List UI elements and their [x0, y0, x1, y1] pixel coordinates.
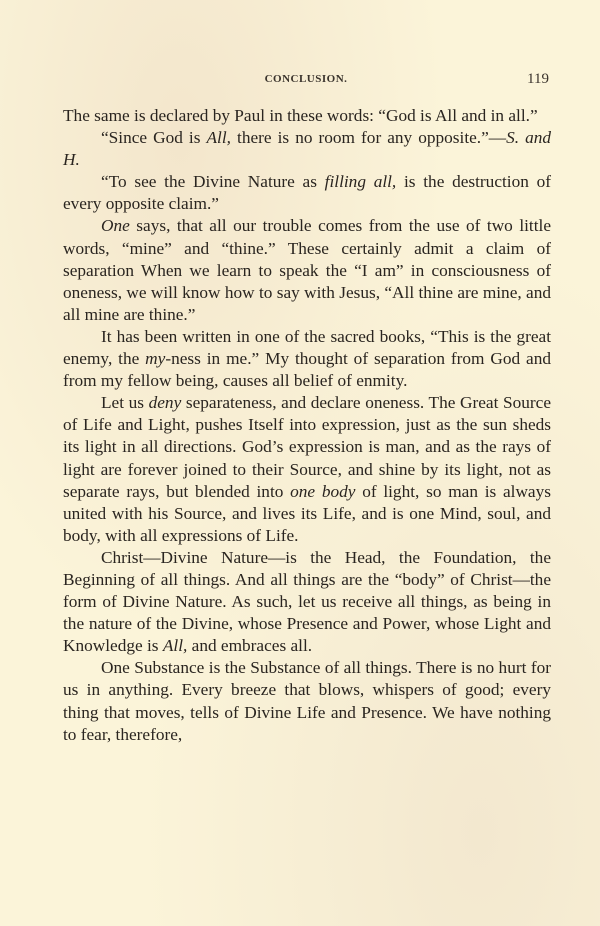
- italic-text: deny: [149, 393, 182, 412]
- running-head: CONCLUSION.: [63, 73, 549, 85]
- text-segment: One Substance is the Substance of all th…: [63, 658, 551, 743]
- text-segment: “Since God is: [101, 128, 207, 147]
- paragraph-8: One Substance is the Substance of all th…: [63, 657, 551, 745]
- text-segment: and embraces all.: [187, 636, 312, 655]
- italic-text: All,: [207, 128, 231, 147]
- italic-text: All,: [163, 636, 187, 655]
- text-segment: says, that all our trouble comes from th…: [63, 216, 551, 323]
- paragraph-3: “To see the Divine Nature as filling all…: [63, 171, 551, 215]
- text-segment: The same is declared by Paul in these wo…: [63, 106, 538, 125]
- page-number: 119: [527, 71, 549, 88]
- italic-text: One: [101, 216, 130, 235]
- italic-text: filling all,: [325, 172, 397, 191]
- paragraph-1: The same is declared by Paul in these wo…: [63, 105, 551, 127]
- text-segment: there is no room for any opposite.”—: [231, 128, 506, 147]
- italic-text: my: [145, 349, 165, 368]
- paragraph-5: It has been written in one of the sacred…: [63, 326, 551, 392]
- paragraph-7: Christ—Divine Nature—is the Head, the Fo…: [63, 547, 551, 657]
- paragraph-6: Let us deny separateness, and declare on…: [63, 392, 551, 547]
- page-header: CONCLUSION. 119: [63, 73, 549, 93]
- body-text: The same is declared by Paul in these wo…: [63, 105, 551, 746]
- italic-text: one body: [290, 482, 355, 501]
- text-segment: “To see the Divine Nature as: [101, 172, 325, 191]
- paragraph-4: One says, that all our trouble comes fro…: [63, 215, 551, 325]
- text-segment: Let us: [101, 393, 149, 412]
- paragraph-2: “Since God is All, there is no room for …: [63, 127, 551, 171]
